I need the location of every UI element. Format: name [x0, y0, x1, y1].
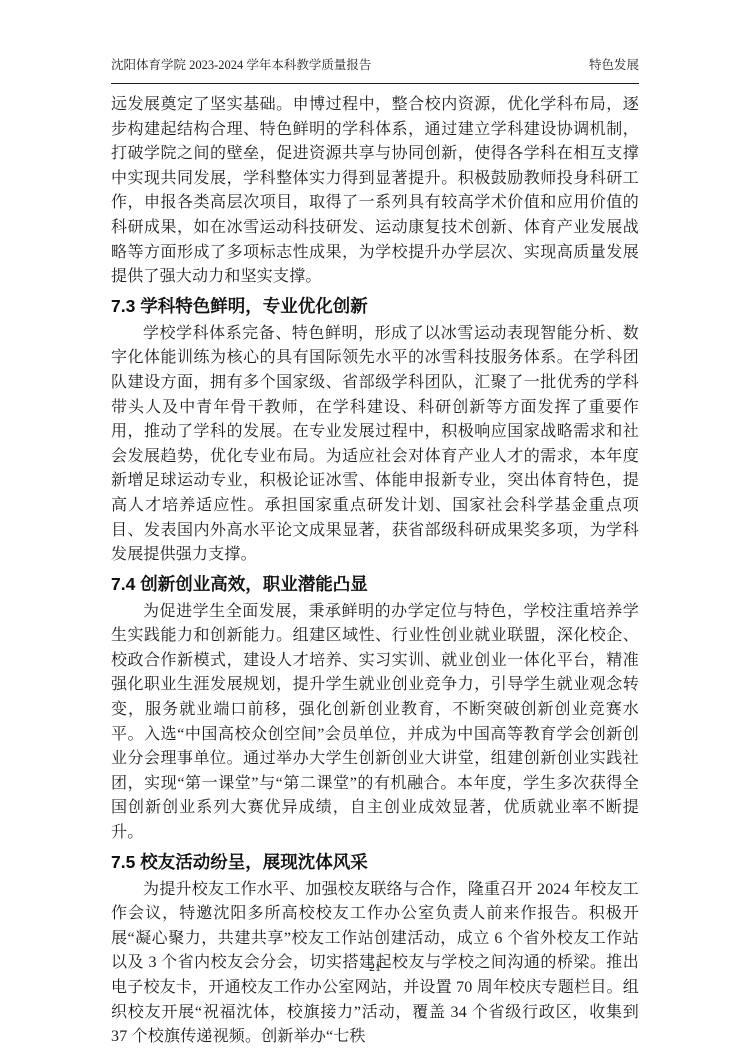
header-section-label: 特色发展 [589, 57, 639, 73]
page-content: 沈阳体育学院 2023-2024 学年本科教学质量报告 特色发展 远发展奠定了坚… [0, 0, 750, 1050]
page-number: 21 [369, 960, 381, 974]
page-footer: 21 [0, 960, 750, 975]
section-paragraph-7-4: 为促进学生全面发展，秉承鲜明的办学定位与特色，学校注重培养学生实践能力和创新能力… [111, 600, 639, 846]
document-body: 远发展奠定了坚实基础。申博过程中，整合校内资源，优化学科布局，逐步构建起结构合理… [111, 93, 639, 1050]
section-heading-7-4: 7.4 创新创业高效，职业潜能凸显 [111, 572, 639, 597]
report-page: 沈阳体育学院 2023-2024 学年本科教学质量报告 特色发展 远发展奠定了坚… [0, 0, 750, 1061]
header-divider [111, 83, 639, 84]
page-header: 沈阳体育学院 2023-2024 学年本科教学质量报告 特色发展 [111, 0, 639, 73]
header-document-title: 沈阳体育学院 2023-2024 学年本科教学质量报告 [111, 57, 371, 73]
paragraph-continuation: 远发展奠定了坚实基础。申博过程中，整合校内资源，优化学科布局，逐步构建起结构合理… [111, 93, 639, 290]
section-heading-7-3: 7.3 学科特色鲜明，专业优化创新 [111, 294, 639, 319]
section-paragraph-7-3: 学校学科体系完备、特色鲜明，形成了以冰雪运动表现智能分析、数字化体能训练为核心的… [111, 322, 639, 568]
section-heading-7-5: 7.5 校友活动纷呈，展现沈体风采 [111, 850, 639, 875]
